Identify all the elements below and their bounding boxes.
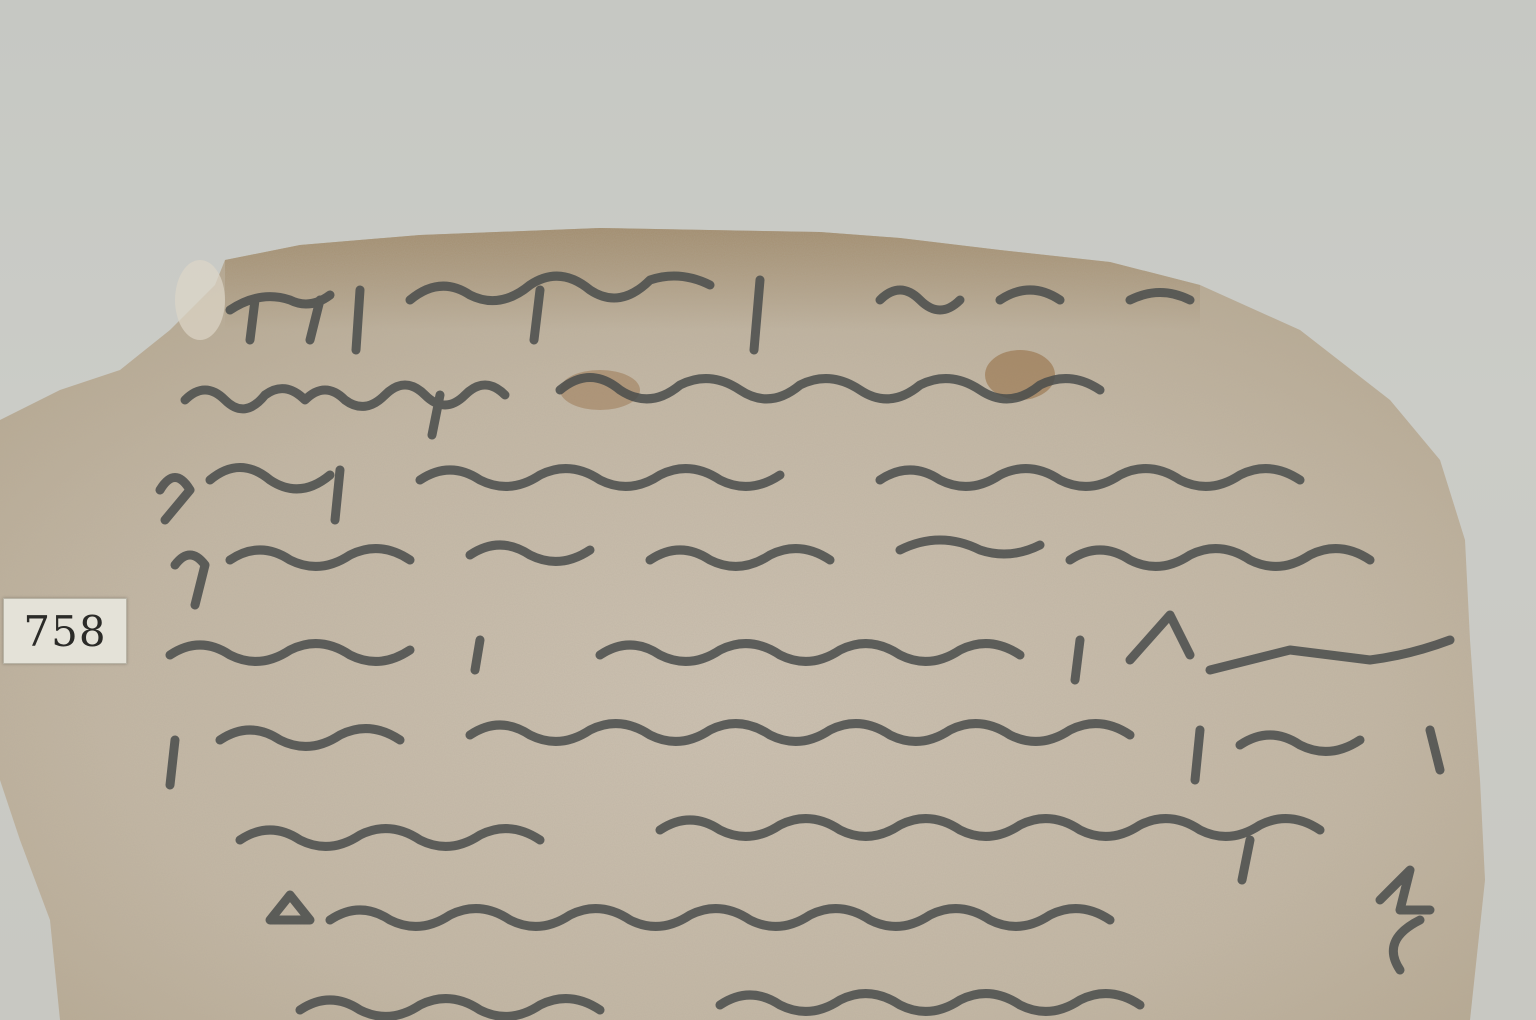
inscription-ink — [0, 0, 1536, 1020]
inventory-number: 758 — [23, 607, 106, 656]
inventory-label: 758 — [3, 598, 127, 664]
